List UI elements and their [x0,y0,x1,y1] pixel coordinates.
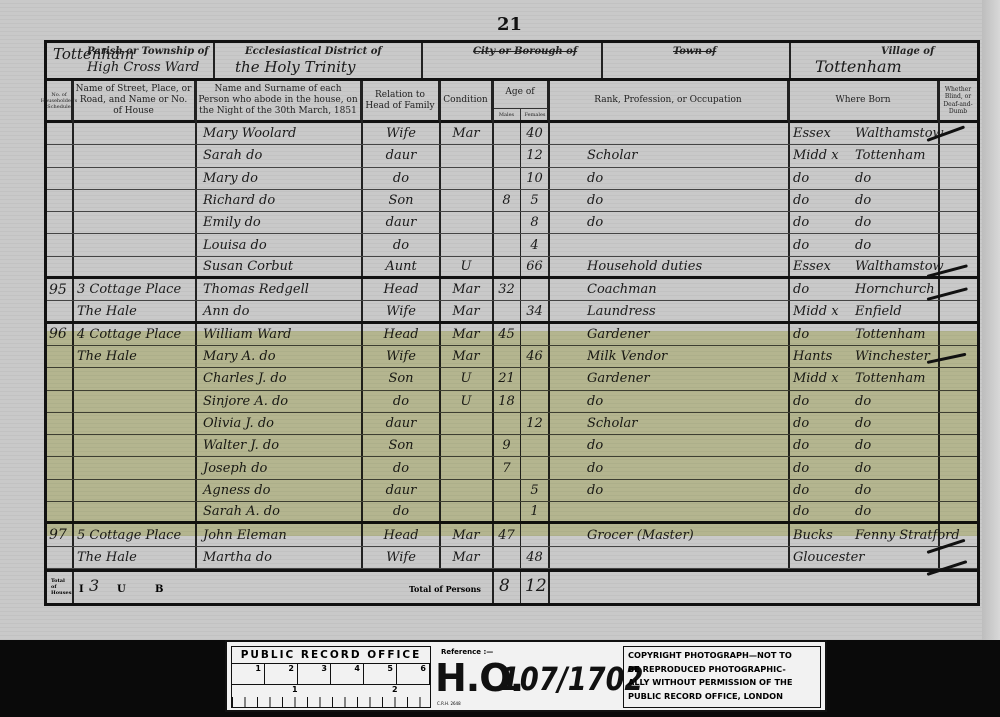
village-value: Tottenham [815,57,902,76]
pro-title: PUBLIC RECORD OFFICE [232,647,430,664]
born-place: Tottenham [855,368,937,389]
rule [72,572,74,603]
person-name: Mary Woolard [203,123,359,144]
occupation: Milk Vendor [587,346,787,367]
condition [441,502,491,521]
uninhabited-label: U [117,584,126,595]
table-row: Richard do Son 8 5 do do do [47,190,977,212]
born-county: do [793,458,853,479]
copyright-line: Copyright photograph—not to [628,649,816,663]
village-cell: Village of Tottenham [791,43,977,78]
reference-code: C.R.H. 2648 [437,701,461,706]
person-name: Richard do [203,190,359,211]
born-place: do [855,235,937,256]
female-age [521,435,548,456]
rule [520,572,521,603]
born-place: Tottenham [855,145,937,166]
occupation [587,547,787,568]
address [77,502,195,521]
male-age: 45 [493,324,520,345]
building-label: B [155,584,163,595]
ruler-tick: 1 [292,685,298,694]
schedule-number [49,190,71,211]
col-age: Age of Males Females [493,81,549,123]
person-name: Mary do [203,168,359,189]
condition [441,413,491,434]
schedule-number [49,346,71,367]
born-county: Essex [793,257,853,276]
schedule-number [49,145,71,166]
male-age [493,301,520,320]
born-county: do [793,279,853,300]
condition: Mar [441,524,491,545]
person-name: Sarah A. do [203,502,359,521]
male-age [493,145,520,166]
district-header: Parish or Township of Tottenham High Cro… [47,43,977,81]
address [77,123,195,144]
city-cell: City or Borough of [423,43,603,78]
occupation: Laundress [587,301,787,320]
relation: do [363,391,439,412]
born-county: Hants [793,346,853,367]
reference-label: Reference :— [441,648,493,656]
table-row: The Hale Mary A. do Wife Mar 46 Milk Ven… [47,346,977,368]
occupation: Coachman [587,279,787,300]
table-row: Olivia J. do daur 12 Scholar do do [47,413,977,435]
schedule-number [49,168,71,189]
col-occupation: Rank, Profession, or Occupation [549,81,789,123]
address [77,391,195,412]
relation: Head [363,524,439,545]
ruler-tick: 4 [331,664,364,684]
ruler-tick: 1 [232,664,265,684]
female-age: 5 [521,190,548,211]
female-age: 5 [521,480,548,501]
occupation [587,235,787,256]
folio-number: 21 [497,14,522,35]
relation: daur [363,480,439,501]
person-name: Thomas Redgell [203,279,359,300]
born-county: do [793,391,853,412]
born-county: Essex [793,123,853,144]
address: 4 Cottage Place [77,324,195,345]
person-name: Mary A. do [203,346,359,367]
born-place: do [855,413,937,434]
address [77,413,195,434]
table-row: Charles J. do Son U 21 Gardener Midd x T… [47,368,977,390]
ruler-tick: 2 [392,685,398,694]
condition [441,168,491,189]
male-age: 7 [493,458,520,479]
female-age [521,391,548,412]
occupation: Gardener [587,368,787,389]
born-county: Midd x [793,145,853,166]
copyright-line: ally without permission of the [628,676,816,690]
female-age: 34 [521,301,548,320]
condition: U [441,257,491,276]
col-address: Name of Street, Place, or Road, and Name… [73,81,196,123]
person-name: John Eleman [203,524,359,545]
occupation: Scholar [587,145,787,166]
schedule-number [49,257,71,276]
table-row: The Hale Ann do Wife Mar 34 Laundress Mi… [47,301,977,323]
male-age: 8 [493,190,520,211]
ruler-tick: 6 [397,664,430,684]
female-age: 66 [521,257,548,276]
address: 3 Cottage Place [77,279,195,300]
relation: Wife [363,123,439,144]
occupation: do [587,212,787,233]
female-age: 48 [521,547,548,568]
ecclesiastical-value: the Holy Trinity [235,58,355,76]
address [77,435,195,456]
table-row: Agness do daur 5 do do do [47,480,977,502]
copyright-line: be reproduced photographic- [628,663,816,677]
census-sheet: Parish or Township of Tottenham High Cro… [44,40,980,606]
schedule-number [49,435,71,456]
male-age: 32 [493,279,520,300]
born-place: do [855,458,937,479]
condition [441,235,491,256]
address [77,458,195,479]
schedule-number [49,301,71,320]
female-age [521,458,548,479]
male-age [493,168,520,189]
person-name: Martha do [203,547,359,568]
schedule-number [49,458,71,479]
person-name: William Ward [203,324,359,345]
female-age [521,524,548,545]
schedule-number [49,235,71,256]
table-row: Walter J. do Son 9 do do do [47,435,977,457]
table-row: Sarah A. do do 1 do do [47,502,977,524]
table-row: Emily do daur 8 do do do [47,212,977,234]
relation: daur [363,145,439,166]
census-page: 21 Parish or Township of Tottenham High … [0,0,1000,640]
male-age [493,413,520,434]
born-place: Hornchurch [855,279,937,300]
born-county: do [793,435,853,456]
occupation [587,123,787,144]
schedule-number [49,212,71,233]
town-cell: Town of [603,43,791,78]
born-county: do [793,212,853,233]
table-row: The Hale Martha do Wife Mar 48 Glouceste… [47,547,977,569]
total-females: 12 [525,576,547,596]
male-age [493,257,520,276]
table-row: Joseph do do 7 do do do [47,458,977,480]
col-age-label: Age of [505,87,534,98]
person-name: Louisa do [203,235,359,256]
total-males: 8 [499,576,510,596]
male-age [493,123,520,144]
born-place [855,547,937,568]
female-age: 46 [521,346,548,367]
condition: U [441,368,491,389]
born-county: do [793,324,853,345]
col-where-born: Where Born [789,81,939,123]
schedule-number [49,413,71,434]
address [77,368,195,389]
born-place: Walthamstow [855,123,937,144]
born-place: do [855,212,937,233]
born-county: do [793,480,853,501]
male-age [493,235,520,256]
female-age: 1 [521,502,548,521]
rule [548,572,550,603]
schedule-number [49,391,71,412]
col-age-females: Females [521,108,549,120]
relation: daur [363,413,439,434]
condition: Mar [441,346,491,367]
condition [441,145,491,166]
born-county: Midd x [793,301,853,320]
born-place: Walthamstow [855,257,937,276]
inhabited-value: 3 [89,576,99,595]
person-name: Joseph do [203,458,359,479]
relation: do [363,235,439,256]
rule [492,572,494,603]
female-age: 10 [521,168,548,189]
occupation: Gardener [587,324,787,345]
born-county: Bucks [793,524,853,545]
female-age: 12 [521,145,548,166]
born-county: do [793,235,853,256]
born-county: Gloucester [793,547,853,568]
born-place: do [855,391,937,412]
occupation: Grocer (Master) [587,524,787,545]
ruler-tick: 5 [364,664,397,684]
born-place: Tottenham [855,324,937,345]
col-schedule-no: No. of Householder's Schedule [47,81,73,123]
table-row: Mary do do 10 do do do [47,168,977,190]
address: 5 Cottage Place [77,524,195,545]
condition: Mar [441,279,491,300]
total-persons-label: Total of Persons [409,584,481,594]
born-place: Fenny Stratford [855,524,937,545]
person-name: Emily do [203,212,359,233]
male-age [493,346,520,367]
relation: Head [363,324,439,345]
condition: Mar [441,324,491,345]
pro-ruler-box: PUBLIC RECORD OFFICE 1 2 3 4 5 6 1 2 [231,646,431,708]
relation: do [363,502,439,521]
person-name: Walter J. do [203,435,359,456]
male-age [493,547,520,568]
female-age [521,368,548,389]
relation: Wife [363,301,439,320]
male-age [493,212,520,233]
occupation: Household duties [587,257,787,276]
total-houses-label: Total of Houses [51,578,69,596]
occupation: do [587,480,787,501]
col-disability: Whether Blind, or Deaf-and-Dumb [939,81,977,123]
born-county: do [793,502,853,521]
schedule-number [49,547,71,568]
col-age-males: Males [493,108,521,120]
table-row: Sinjore A. do do U 18 do do do [47,391,977,413]
col-name: Name and Surname of each Person who abod… [196,81,362,123]
pro-reference: Reference :— H.O. 107/1702 C.R.H. 2648 [433,646,621,708]
city-label: City or Borough of [473,46,577,57]
condition [441,458,491,479]
parish-cell: Parish or Township of Tottenham High Cro… [47,43,215,78]
male-age: 18 [493,391,520,412]
col-relation: Relation to Head of Family [362,81,440,123]
condition [441,480,491,501]
schedule-number: 97 [49,524,71,545]
address [77,235,195,256]
address [77,145,195,166]
born-place: do [855,480,937,501]
address [77,168,195,189]
born-place: do [855,435,937,456]
relation: Son [363,435,439,456]
occupation: do [587,458,787,479]
relation: daur [363,212,439,233]
relation: do [363,168,439,189]
female-age [521,279,548,300]
col-condition: Condition [440,81,493,123]
born-place: Enfield [855,301,937,320]
table-row: Mary Woolard Wife Mar 40 Essex Walthamst… [47,123,977,145]
relation: do [363,458,439,479]
occupation: do [587,190,787,211]
ecclesiastical-cell: Ecclesiastical District of the Holy Trin… [215,43,423,78]
female-age: 8 [521,212,548,233]
address [77,190,195,211]
female-age: 4 [521,235,548,256]
born-place: do [855,168,937,189]
person-name: Olivia J. do [203,413,359,434]
copyright-notice: Copyright photograph—not to be reproduce… [623,646,821,708]
occupation [587,502,787,521]
born-county: do [793,190,853,211]
male-age [493,480,520,501]
address: The Hale [77,346,195,367]
address [77,257,195,276]
born-place: Winchester [855,346,937,367]
copyright-line: Public Record Office, London [628,690,816,704]
ruler-inch: 1 2 [232,685,430,707]
relation: Head [363,279,439,300]
born-county: do [793,413,853,434]
condition: U [441,391,491,412]
paper-edge [982,0,1000,640]
table-row: Susan Corbut Aunt U 66 Household duties … [47,257,977,279]
address: The Hale [77,547,195,568]
table-row: 96 4 Cottage Place William Ward Head Mar… [47,324,977,346]
schedule-number [49,368,71,389]
person-name: Ann do [203,301,359,320]
table-row: Sarah do daur 12 Scholar Midd x Tottenha… [47,145,977,167]
table-row: 95 3 Cottage Place Thomas Redgell Head M… [47,279,977,301]
person-name: Charles J. do [203,368,359,389]
inhabited-prefix: I [79,584,84,595]
condition [441,435,491,456]
condition [441,190,491,211]
condition: Mar [441,123,491,144]
address [77,480,195,501]
female-age: 12 [521,413,548,434]
schedule-number [49,502,71,521]
occupation: do [587,435,787,456]
address [77,212,195,233]
totals-row: Total of Houses I 3 U B Total of Persons… [47,569,977,603]
ecclesiastical-label: Ecclesiastical District of [245,46,382,57]
condition: Mar [441,301,491,320]
male-age [493,502,520,521]
schedule-number [49,480,71,501]
occupation: Scholar [587,413,787,434]
schedule-number: 95 [49,279,71,300]
relation: Aunt [363,257,439,276]
table-row: Louisa do do 4 do do [47,235,977,257]
occupation: do [587,168,787,189]
relation: Wife [363,547,439,568]
male-age: 9 [493,435,520,456]
person-name: Susan Corbut [203,257,359,276]
condition [441,212,491,233]
schedule-number [49,123,71,144]
address: The Hale [77,301,195,320]
ruler-tick: 3 [298,664,331,684]
born-place: do [855,502,937,521]
born-county: do [793,168,853,189]
male-age: 21 [493,368,520,389]
person-name: Sarah do [203,145,359,166]
born-county: Midd x [793,368,853,389]
born-place: do [855,190,937,211]
parish-value-line2: High Cross Ward [87,60,199,75]
village-label: Village of [881,46,934,57]
pro-reference-strip: PUBLIC RECORD OFFICE 1 2 3 4 5 6 1 2 Ref… [225,640,827,712]
table-row: 97 5 Cottage Place John Eleman Head Mar … [47,524,977,546]
ruler-cm: 1 2 3 4 5 6 [232,664,430,685]
male-age: 47 [493,524,520,545]
relation: Son [363,190,439,211]
person-name: Agness do [203,480,359,501]
occupation: do [587,391,787,412]
relation: Wife [363,346,439,367]
person-name: Sinjore A. do [203,391,359,412]
female-age: 40 [521,123,548,144]
town-label: Town of [673,46,716,57]
condition: Mar [441,547,491,568]
female-age [521,324,548,345]
relation: Son [363,368,439,389]
schedule-number: 96 [49,324,71,345]
ruler-tick: 2 [265,664,298,684]
